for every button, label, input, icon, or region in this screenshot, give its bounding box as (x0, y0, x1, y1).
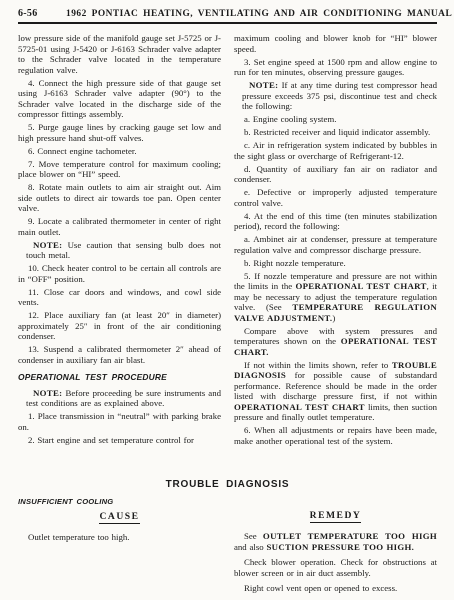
paragraph: e. Defective or improperly adjusted temp… (234, 187, 437, 208)
subsection-heading: OPERATIONAL TEST PROCEDURE (18, 372, 221, 383)
paragraph: See OUTLET TEMPERATURE TOO HIGH and also… (234, 531, 437, 552)
paragraph: a. Ambinet air at condenser, pressure at… (234, 234, 437, 255)
paragraph: 4. At the end of this time (ten minutes … (234, 211, 437, 232)
paragraph: Compare above with system pressures and … (234, 326, 437, 358)
paragraph: 1. Place transmission in “neutral” with … (18, 411, 221, 432)
page-header: 6-56 1962 PONTIAC HEATING, VENTILATING A… (18, 8, 437, 19)
cause-header: CAUSE (18, 511, 221, 524)
paragraph: 2. Start engine and set temperature cont… (18, 435, 221, 446)
cause-list: Outlet temperature too high. (18, 532, 221, 543)
paragraph: Check blower operation. Check for obstru… (234, 557, 437, 578)
paragraph: NOTE: Use caution that sensing bulb does… (26, 240, 221, 261)
paragraph: 13. Suspend a calibrated thermometer 2″ … (18, 344, 221, 365)
paragraph: 9. Locate a calibrated thermometer in ce… (18, 216, 221, 237)
manual-page: 6-56 1962 PONTIAC HEATING, VENTILATING A… (0, 0, 454, 600)
paragraph: 5. Purge gauge lines by cracking gauge s… (18, 122, 221, 143)
paragraph: 11. Close car doors and windows, and cow… (18, 287, 221, 308)
paragraph: d. Quantity of auxiliary fan air on radi… (234, 164, 437, 185)
remedy-column: REMEDY See OUTLET TEMPERATURE TOO HIGH a… (234, 495, 437, 599)
paragraph: Right cowl vent open or opened to excess… (234, 583, 437, 594)
paragraph: maximum cooling and blower knob for “HI”… (234, 33, 437, 54)
paragraph: low pressure side of the manifold gauge … (18, 33, 221, 75)
paragraph: a. Engine cooling system. (234, 114, 437, 125)
trouble-diagnosis-section: TROUBLE DIAGNOSIS INSUFFICIENT COOLING C… (18, 479, 437, 600)
right-column: maximum cooling and blower knob for “HI”… (234, 33, 437, 475)
body-columns: low pressure side of the manifold gauge … (18, 33, 437, 475)
paragraph: NOTE: Before proceeding be sure instrume… (26, 388, 221, 409)
paragraph: NOTE: If at any time during test compres… (242, 80, 437, 112)
paragraph: c. Air in refrigeration system indicated… (234, 140, 437, 161)
paragraph: b. Restricted receiver and liquid indica… (234, 127, 437, 138)
paragraph: 5. If nozzle temperature and pressure ar… (234, 271, 437, 324)
paragraph: 12. Place auxiliary fan (at least 20″ in… (18, 310, 221, 342)
page-number: 6-56 (18, 8, 66, 19)
insufficient-cooling-label: INSUFFICIENT COOLING (18, 497, 221, 508)
paragraph: b. Right nozzle temperature. (234, 258, 437, 269)
paragraph: 10. Check heater control to be certain a… (18, 263, 221, 284)
header-rule (18, 22, 437, 24)
cause-column: INSUFFICIENT COOLING CAUSE Outlet temper… (18, 495, 221, 599)
trouble-diagnosis-columns: INSUFFICIENT COOLING CAUSE Outlet temper… (18, 495, 437, 599)
paragraph: 8. Rotate main outlets to aim air straig… (18, 182, 221, 214)
remedy-list: See OUTLET TEMPERATURE TOO HIGH and also… (234, 531, 437, 594)
paragraph: Outlet temperature too high. (18, 532, 221, 543)
paragraph: 6. When all adjustments or repairs have … (234, 425, 437, 446)
paragraph: 3. Set engine speed at 1500 rpm and allo… (234, 57, 437, 78)
trouble-diagnosis-title: TROUBLE DIAGNOSIS (18, 479, 437, 490)
left-column: low pressure side of the manifold gauge … (18, 33, 221, 475)
remedy-header: REMEDY (234, 510, 437, 523)
paragraph: 4. Connect the high pressure side of tha… (18, 78, 221, 120)
paragraph: If not within the limits shown, refer to… (234, 360, 437, 423)
manual-title: 1962 PONTIAC HEATING, VENTILATING AND AI… (66, 9, 452, 19)
paragraph: 7. Move temperature control for maximum … (18, 159, 221, 180)
paragraph: 6. Connect engine tachometer. (18, 146, 221, 157)
